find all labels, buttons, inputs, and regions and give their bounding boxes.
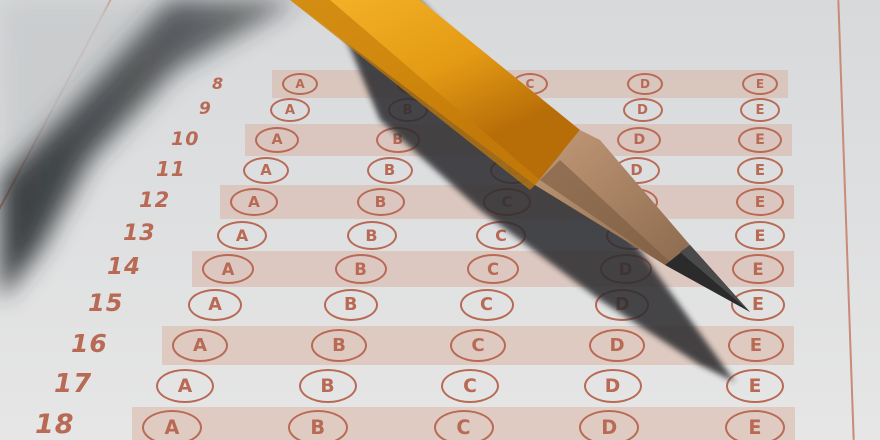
answer-bubble-a[interactable]: A xyxy=(270,98,310,122)
answer-bubble-a[interactable]: A xyxy=(172,329,228,362)
answer-bubble-e[interactable]: E xyxy=(732,254,784,284)
question-number: 11 xyxy=(156,157,186,181)
answer-bubble-e[interactable]: E xyxy=(740,98,780,122)
answer-bubble-b[interactable]: B xyxy=(376,127,420,153)
answer-bubble-b[interactable]: B xyxy=(288,410,348,440)
question-number: 17 xyxy=(54,369,92,399)
answer-bubble-d[interactable]: D xyxy=(584,369,642,403)
answer-bubble-c[interactable]: C xyxy=(483,188,531,216)
answer-bubble-d[interactable]: D xyxy=(589,329,645,362)
answer-bubble-e[interactable]: E xyxy=(737,157,783,184)
question-number: 16 xyxy=(71,329,108,358)
answer-bubble-a[interactable]: A xyxy=(255,127,299,153)
answer-sheet: 8ABCDE9ABCDE10ABCDE11ABCDE12ABCDE13ABCDE… xyxy=(0,0,880,440)
answer-bubble-e[interactable]: E xyxy=(731,289,785,321)
answer-bubble-c[interactable]: C xyxy=(467,254,519,284)
answer-bubble-b[interactable]: B xyxy=(357,188,405,216)
answer-bubble-c[interactable]: C xyxy=(460,289,514,321)
answer-bubble-c[interactable]: C xyxy=(497,127,541,153)
answer-bubble-d[interactable]: D xyxy=(623,98,663,122)
answer-bubble-a[interactable]: A xyxy=(230,188,278,216)
answer-bubble-d[interactable]: D xyxy=(595,289,649,321)
answer-bubble-c[interactable]: C xyxy=(434,410,494,440)
answer-bubble-c[interactable]: C xyxy=(512,73,548,95)
answer-bubble-e[interactable]: E xyxy=(742,73,778,95)
answer-bubble-e[interactable]: E xyxy=(726,369,784,403)
answer-bubble-b[interactable]: B xyxy=(324,289,378,321)
answer-bubble-a[interactable]: A xyxy=(202,254,254,284)
answer-bubble-b[interactable]: B xyxy=(335,254,387,284)
answer-bubble-b[interactable]: B xyxy=(388,98,428,122)
question-number: 8 xyxy=(212,74,224,93)
answer-bubble-b[interactable]: B xyxy=(347,221,397,250)
answer-bubble-b[interactable]: B xyxy=(397,73,433,95)
answer-bubble-a[interactable]: A xyxy=(156,369,214,403)
answer-bubble-d[interactable]: D xyxy=(614,157,660,184)
answer-bubble-a[interactable]: A xyxy=(217,221,267,250)
answer-bubble-c[interactable]: C xyxy=(450,329,506,362)
answer-bubble-e[interactable]: E xyxy=(728,329,784,362)
answer-bubble-b[interactable]: B xyxy=(299,369,357,403)
answer-sheet-photo: 8ABCDE9ABCDE10ABCDE11ABCDE12ABCDE13ABCDE… xyxy=(0,0,880,440)
answer-bubble-a[interactable]: A xyxy=(282,73,318,95)
answer-bubble-a[interactable]: A xyxy=(243,157,289,184)
question-number: 13 xyxy=(123,221,156,246)
answer-bubble-e[interactable]: E xyxy=(738,127,782,153)
answer-bubble-e[interactable]: E xyxy=(735,221,785,250)
answer-bubble-c[interactable]: C xyxy=(505,98,545,122)
answer-bubble-c[interactable]: C xyxy=(476,221,526,250)
right-margin-line xyxy=(837,0,854,440)
answer-bubble-d[interactable]: D xyxy=(600,254,652,284)
answer-bubble-a[interactable]: A xyxy=(142,410,202,440)
answer-bubble-b[interactable]: B xyxy=(367,157,413,184)
question-number: 10 xyxy=(171,128,199,150)
question-number: 18 xyxy=(35,409,75,440)
answer-bubble-c[interactable]: C xyxy=(490,157,536,184)
question-number: 9 xyxy=(199,99,212,119)
answer-bubble-a[interactable]: A xyxy=(188,289,242,321)
answer-bubble-d[interactable]: D xyxy=(606,221,656,250)
question-number: 15 xyxy=(88,289,123,317)
answer-bubble-d[interactable]: D xyxy=(627,73,663,95)
answer-bubble-b[interactable]: B xyxy=(311,329,367,362)
answer-bubble-d[interactable]: D xyxy=(610,188,658,216)
answer-bubble-c[interactable]: C xyxy=(441,369,499,403)
question-number: 12 xyxy=(139,188,170,212)
answer-bubble-e[interactable]: E xyxy=(725,410,785,440)
answer-bubble-e[interactable]: E xyxy=(736,188,784,216)
answer-bubble-d[interactable]: D xyxy=(617,127,661,153)
question-number: 14 xyxy=(107,254,141,280)
